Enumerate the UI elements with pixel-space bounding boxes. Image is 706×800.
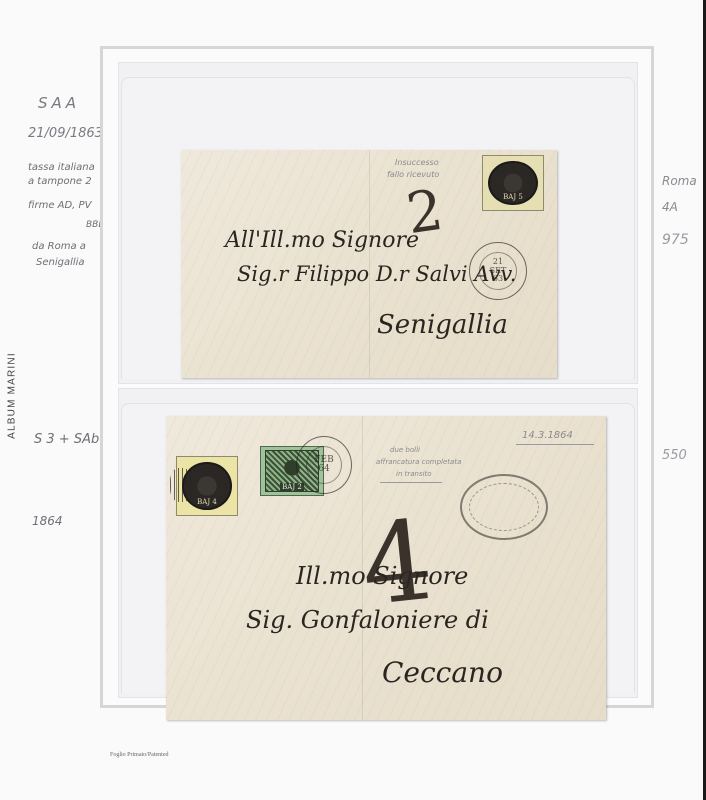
catalog-number: S 3 + SAb [34, 432, 99, 448]
cover-1[interactable]: Insuccesso fallo ricevuto 2 BAJ 5 21 SET… [181, 150, 557, 378]
catalog-number: SAA [38, 94, 80, 113]
album-footer: Foglio Primato/Patented [110, 752, 169, 758]
cover-year: 1864 [32, 514, 63, 529]
note-line: firme AD, PV [28, 200, 91, 213]
note-line: 4A [662, 200, 678, 215]
address-line-1: All'Ill.mo Signore [225, 228, 419, 253]
grid-cancel [170, 468, 192, 502]
pencil-note: due bolli [390, 446, 420, 454]
address-line-3: Ceccano [382, 656, 503, 689]
address-line-2: Sig.r Filippo D.r Salvi Avv. [237, 262, 516, 286]
note-line: tassa italiana [28, 162, 95, 175]
pencil-date: 14.3.1864 [522, 430, 573, 441]
note-line: Roma [662, 174, 697, 189]
price: 975 [662, 232, 689, 250]
address-line-2: Sig. Gonfaloniere di [246, 606, 489, 634]
stamp-black: BAJ 5 [482, 155, 544, 211]
note-line: da Roma a [32, 241, 86, 254]
cover-2[interactable]: BAJ 4 BAJ 2 FEB 64 due bolli affrancatur… [166, 416, 606, 720]
note-line: a tampone 2 [28, 176, 92, 189]
address-line-3: Senigallia [377, 310, 508, 340]
cover-date: 21/09/1863 [28, 126, 103, 142]
note-line: Senigallia [36, 257, 85, 270]
postmark: FEB 64 [296, 436, 352, 494]
pencil-note: Insuccesso [395, 158, 439, 167]
price: 550 [662, 448, 687, 464]
pencil-note: in transito [396, 470, 432, 478]
address-line-1: Ill.mo Signore [296, 562, 468, 590]
oval-seal [460, 474, 548, 540]
pencil-note: affrancatura completata [376, 458, 461, 466]
album-spine-label: ALBUM MARINI [7, 346, 18, 446]
